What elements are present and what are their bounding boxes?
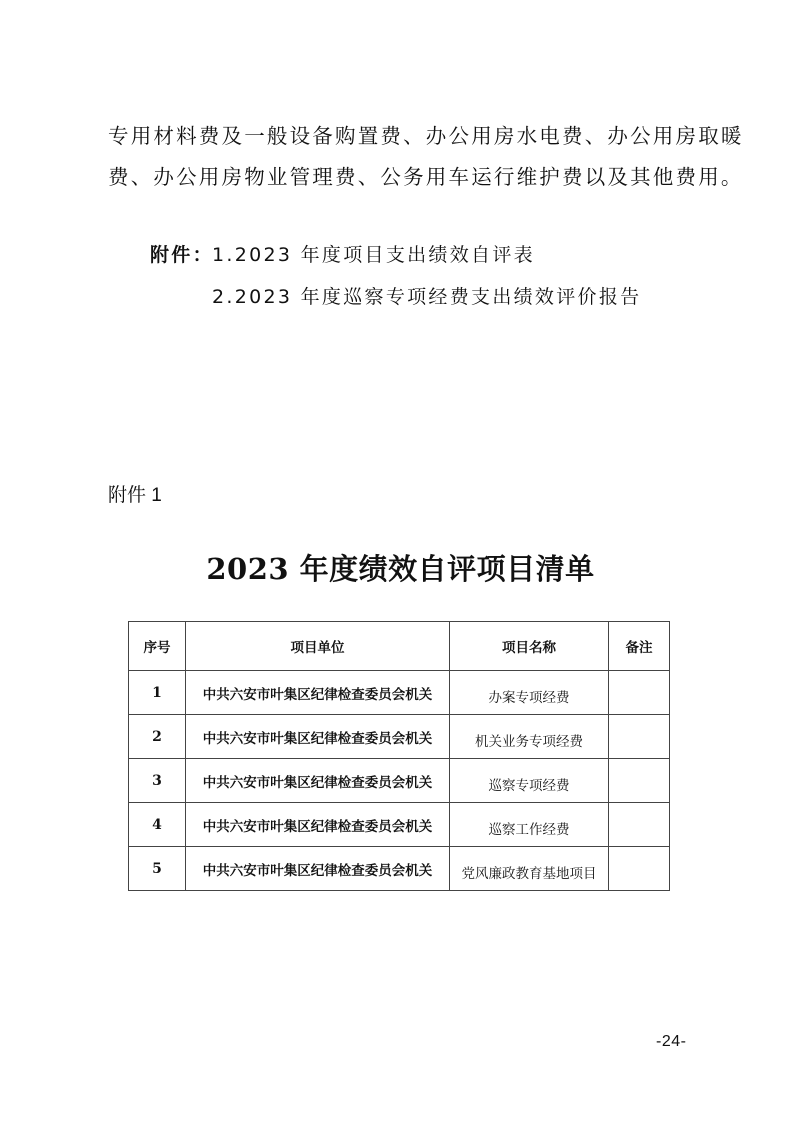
cell-name: 巡察工作经费 (450, 803, 609, 847)
cell-note (609, 847, 670, 891)
header-name: 项目名称 (450, 622, 609, 671)
body-paragraph-line-2: 费、办公用房物业管理费、公务用车运行维护费以及其他费用。 (108, 162, 698, 192)
cell-note (609, 803, 670, 847)
cell-unit: 中共六安市叶集区纪律检查委员会机关 (186, 803, 450, 847)
cell-unit: 中共六安市叶集区纪律检查委员会机关 (186, 715, 450, 759)
table-row: 3 中共六安市叶集区纪律检查委员会机关 巡察专项经费 (129, 759, 670, 803)
cell-name: 巡察专项经费 (450, 759, 609, 803)
document-title: 2023 年度绩效自评项目清单 (0, 547, 793, 588)
cell-name: 党风廉政教育基地项目 (450, 847, 609, 891)
header-no: 序号 (129, 622, 186, 671)
cell-unit: 中共六安市叶集区纪律检查委员会机关 (186, 847, 450, 891)
cell-no: 1 (129, 671, 186, 715)
cell-unit: 中共六安市叶集区纪律检查委员会机关 (186, 759, 450, 803)
project-list-table: 序号 项目单位 项目名称 备注 1 中共六安市叶集区纪律检查委员会机关 办案专项… (128, 621, 670, 891)
cell-unit: 中共六安市叶集区纪律检查委员会机关 (186, 671, 450, 715)
cell-name: 办案专项经费 (450, 671, 609, 715)
table-row: 4 中共六安市叶集区纪律检查委员会机关 巡察工作经费 (129, 803, 670, 847)
cell-no: 3 (129, 759, 186, 803)
attachment-row-2: 2.2023 年度巡察专项经费支出绩效评价报告 (150, 282, 641, 324)
cell-no: 4 (129, 803, 186, 847)
cell-note (609, 759, 670, 803)
attachments-label: 附件： (150, 240, 212, 270)
attachments-list: 附件：1.2023 年度项目支出绩效自评表 2.2023 年度巡察专项经费支出绩… (150, 240, 641, 324)
cell-name: 机关业务专项经费 (450, 715, 609, 759)
cell-no: 5 (129, 847, 186, 891)
header-unit: 项目单位 (186, 622, 450, 671)
attachment-item-2: 2.2023 年度巡察专项经费支出绩效评价报告 (212, 282, 641, 312)
attachment-row-1: 附件：1.2023 年度项目支出绩效自评表 (150, 240, 641, 282)
attachment-item-1: 1.2023 年度项目支出绩效自评表 (212, 240, 535, 270)
cell-no: 2 (129, 715, 186, 759)
cell-note (609, 671, 670, 715)
cell-note (609, 715, 670, 759)
table-header-row: 序号 项目单位 项目名称 备注 (129, 622, 670, 671)
table-row: 2 中共六安市叶集区纪律检查委员会机关 机关业务专项经费 (129, 715, 670, 759)
header-note: 备注 (609, 622, 670, 671)
table-row: 1 中共六安市叶集区纪律检查委员会机关 办案专项经费 (129, 671, 670, 715)
table-row: 5 中共六安市叶集区纪律检查委员会机关 党风廉政教育基地项目 (129, 847, 670, 891)
body-paragraph-line-1: 专用材料费及一般设备购置费、办公用房水电费、办公用房取暖 (108, 121, 698, 151)
annex-label: 附件 1 (108, 484, 162, 508)
page-number: -24- (656, 1033, 686, 1051)
